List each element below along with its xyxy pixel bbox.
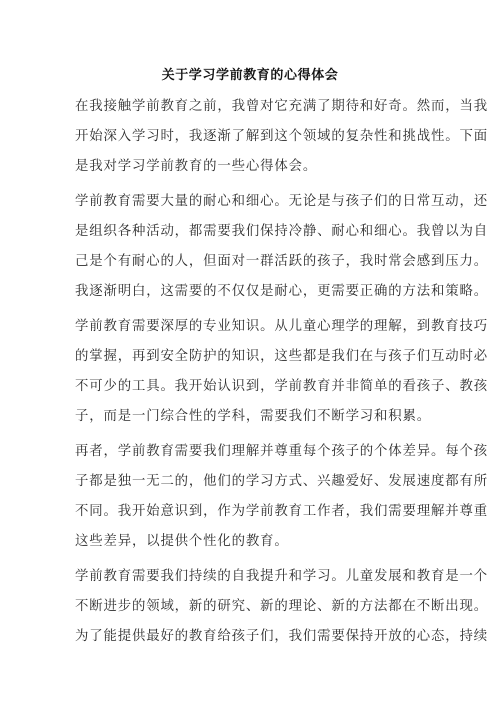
- text-line: 子都是独一无二的，他们的学习方式、兴趣爱好、发展速度都有所: [75, 467, 425, 497]
- paragraph-intro: 在我接触学前教育之前，我曾对它充满了期待和好奇。然而，当我 开始深入学习时，我逐…: [75, 92, 425, 182]
- text-line: 这些差异，以提供个性化的教育。: [75, 527, 425, 557]
- text-line: 不可少的工具。我开始认识到，学前教育并非简单的看孩子、教孩: [75, 372, 425, 402]
- text-line: 学前教育需要深厚的专业知识。从儿童心理学的理解，到教育技巧: [75, 312, 425, 342]
- text-line: 我逐渐明白，这需要的不仅仅是耐心，更需要正确的方法和策略。: [75, 277, 425, 307]
- text-line: 己是个有耐心的人，但面对一群活跃的孩子，我时常会感到压力。: [75, 247, 425, 277]
- paragraph-knowledge: 学前教育需要深厚的专业知识。从儿童心理学的理解，到教育技巧 的掌握，再到安全防护…: [75, 312, 425, 432]
- text-line: 开始深入学习时，我逐渐了解到这个领域的复杂性和挑战性。下面: [75, 122, 425, 152]
- text-line: 不同。我开始意识到，作为学前教育工作者，我们需要理解并尊重: [75, 497, 425, 527]
- document-page: 关于学习学前教育的心得体会 在我接触学前教育之前，我曾对它充满了期待和好奇。然而…: [0, 0, 500, 707]
- text-line: 学前教育需要我们持续的自我提升和学习。儿童发展和教育是一个: [75, 562, 425, 592]
- document-body: 在我接触学前教育之前，我曾对它充满了期待和好奇。然而，当我 开始深入学习时，我逐…: [75, 92, 425, 657]
- paragraph-individual-differences: 再者，学前教育需要我们理解并尊重每个孩子的个体差异。每个孩 子都是独一无二的，他…: [75, 437, 425, 557]
- text-line: 子，而是一门综合性的学科，需要我们不断学习和积累。: [75, 402, 425, 432]
- paragraph-patience: 学前教育需要大量的耐心和细心。无论是与孩子们的日常互动，还 是组织各种活动，都需…: [75, 187, 425, 307]
- text-line: 是我对学习学前教育的一些心得体会。: [75, 152, 425, 182]
- text-line: 再者，学前教育需要我们理解并尊重每个孩子的个体差异。每个孩: [75, 437, 425, 467]
- text-line: 的掌握，再到安全防护的知识，这些都是我们在与孩子们互动时必: [75, 342, 425, 372]
- document-title: 关于学习学前教育的心得体会: [0, 64, 500, 83]
- text-line: 为了能提供最好的教育给孩子们，我们需要保持开放的心态，持续: [75, 622, 425, 652]
- paragraph-continuous-learning: 学前教育需要我们持续的自我提升和学习。儿童发展和教育是一个 不断进步的领域，新的…: [75, 562, 425, 652]
- text-line: 不断进步的领域，新的研究、新的理论、新的方法都在不断出现。: [75, 592, 425, 622]
- text-line: 是组织各种活动，都需要我们保持冷静、耐心和细心。我曾以为自: [75, 217, 425, 247]
- text-line: 学前教育需要大量的耐心和细心。无论是与孩子们的日常互动，还: [75, 187, 425, 217]
- text-line: 在我接触学前教育之前，我曾对它充满了期待和好奇。然而，当我: [75, 92, 425, 122]
